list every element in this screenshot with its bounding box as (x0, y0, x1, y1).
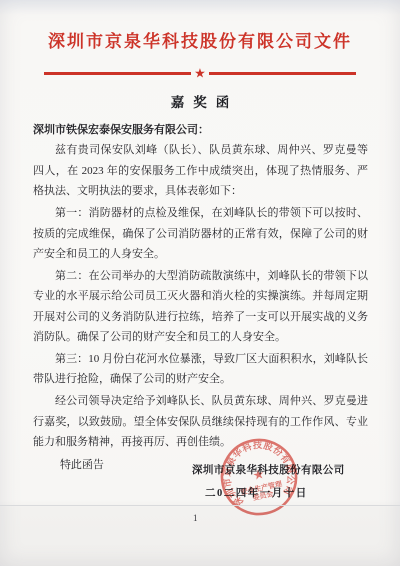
letter-title: 嘉奖函 (0, 91, 400, 111)
scan-fold-line (0, 505, 400, 506)
document-header: 深圳市京泉华科技股份有限公司文件 ★ (0, 27, 400, 80)
header-title: 深圳市京泉华科技股份有限公司文件 (0, 27, 400, 52)
page-number: 1 (193, 513, 198, 523)
addressee-line: 深圳市铁保宏泰保安服务有限公司： (33, 120, 368, 140)
signature-date: 二0二四年一月十日 (205, 485, 308, 500)
signature-company: 深圳市京泉华科技股份有限公司 (192, 462, 345, 477)
letter-body: 深圳市铁保宏泰保安服务有限公司： 兹有贵司保安队刘峰（队长）、队员黄东球、周仲兴… (33, 120, 368, 475)
header-rule: ★ (44, 67, 356, 80)
star-icon: ★ (194, 67, 206, 80)
rule-line-right (209, 72, 356, 74)
paragraph-item-2: 第二：在公司举办的大型消防疏散演练中，刘峰队长的带领下以专业的水平展示给公司员工… (33, 266, 368, 348)
paragraph-item-1: 第一：消防器材的点检及维保，在刘峰队长的带领下可以按时、按质的完成维保，确保了公… (33, 203, 368, 264)
paragraph-intro: 兹有贵司保安队刘峰（队长）、队员黄东球、周仲兴、罗克曼等四人，在 2023 年的… (33, 140, 368, 201)
paragraph-item-3: 第三：10 月份白花河水位暴涨，导致厂区大面积积水，刘峰队长带队进行抢险，确保了… (33, 349, 368, 390)
document-page: 深圳市京泉华科技股份有限公司文件 ★ 嘉奖函 深圳市铁保宏泰保安服务有限公司： … (0, 0, 400, 566)
rule-line-left (44, 72, 191, 74)
paragraph-conclusion: 经公司领导决定给予刘峰队长、队员黄东球、周仲兴、罗克曼进行嘉奖，以致鼓励。望全体… (33, 391, 368, 452)
